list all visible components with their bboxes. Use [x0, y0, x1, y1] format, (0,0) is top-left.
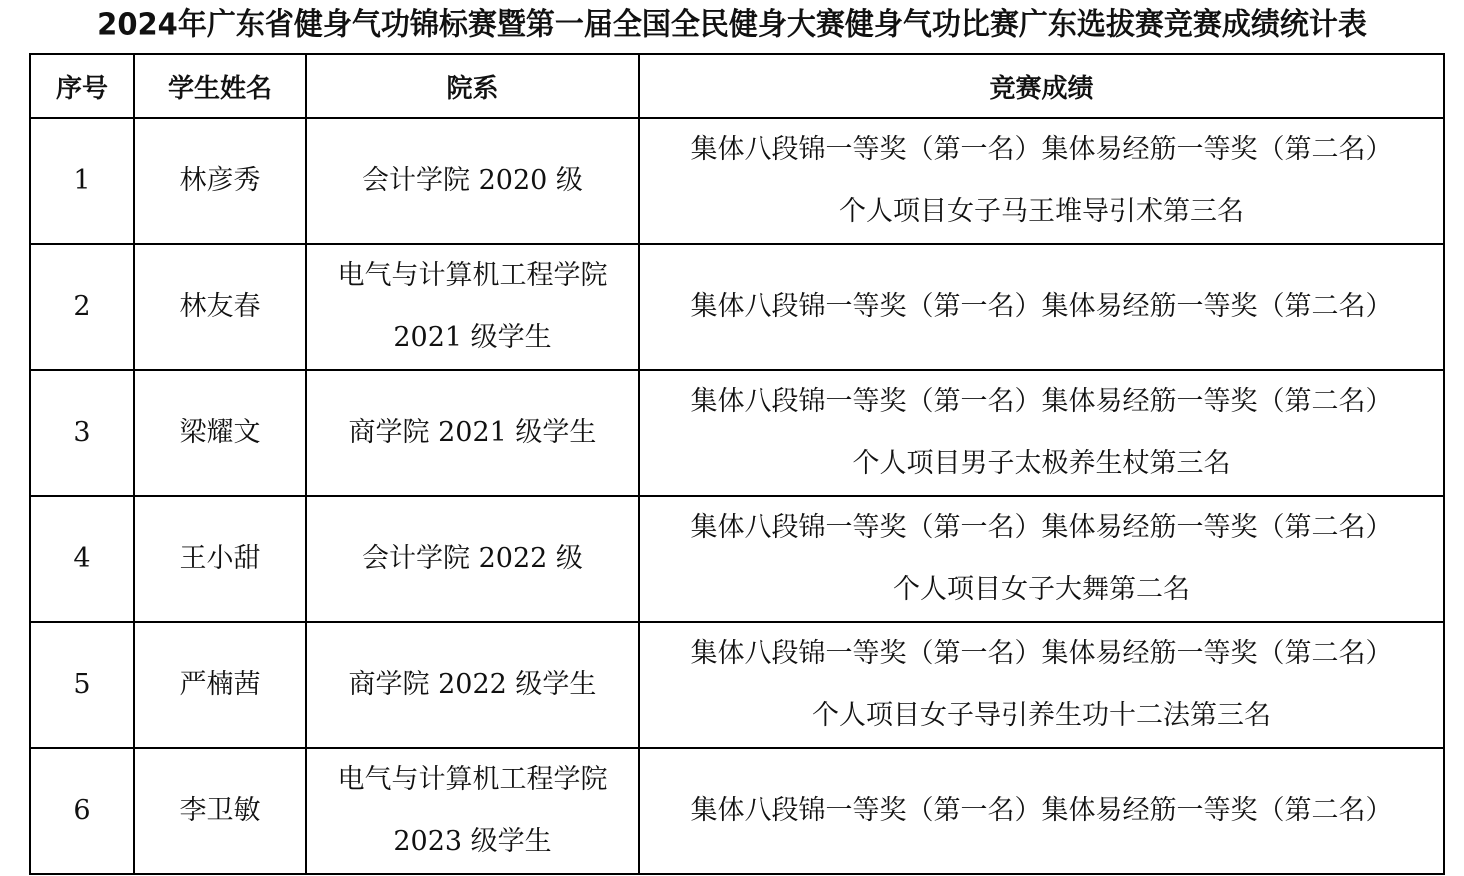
- department-line: 商学院 2021 级学生: [307, 402, 638, 464]
- header-results: 竞赛成绩: [639, 54, 1444, 118]
- cell-name: 王小甜: [134, 496, 306, 622]
- department-line: 会计学院 2022 级: [307, 528, 638, 590]
- cell-department: 商学院 2021 级学生: [306, 370, 639, 496]
- result-line: 集体八段锦一等奖（第一名）集体易经筋一等奖（第二名）: [640, 780, 1443, 842]
- department-line: 电气与计算机工程学院: [307, 749, 638, 811]
- result-line: 集体八段锦一等奖（第一名）集体易经筋一等奖（第二名）: [640, 119, 1443, 181]
- table-row: 1 林彦秀 会计学院 2020 级 集体八段锦一等奖（第一名）集体易经筋一等奖（…: [30, 118, 1444, 244]
- cell-results: 集体八段锦一等奖（第一名）集体易经筋一等奖（第二名） 个人项目女子马王堆导引术第…: [639, 118, 1444, 244]
- department-line: 2023 级学生: [307, 811, 638, 873]
- cell-name: 林友春: [134, 244, 306, 370]
- cell-index: 4: [30, 496, 134, 622]
- department-line: 商学院 2022 级学生: [307, 654, 638, 716]
- cell-name: 林彦秀: [134, 118, 306, 244]
- result-line: 集体八段锦一等奖（第一名）集体易经筋一等奖（第二名）: [640, 623, 1443, 685]
- cell-results: 集体八段锦一等奖（第一名）集体易经筋一等奖（第二名） 个人项目女子导引养生功十二…: [639, 622, 1444, 748]
- result-line: 个人项目男子太极养生杖第三名: [640, 433, 1443, 495]
- cell-results: 集体八段锦一等奖（第一名）集体易经筋一等奖（第二名）: [639, 748, 1444, 874]
- cell-index: 6: [30, 748, 134, 874]
- cell-name: 严楠茜: [134, 622, 306, 748]
- result-line: 个人项目女子导引养生功十二法第三名: [640, 685, 1443, 747]
- cell-index: 1: [30, 118, 134, 244]
- cell-department: 会计学院 2022 级: [306, 496, 639, 622]
- table-row: 5 严楠茜 商学院 2022 级学生 集体八段锦一等奖（第一名）集体易经筋一等奖…: [30, 622, 1444, 748]
- table-row: 3 梁耀文 商学院 2021 级学生 集体八段锦一等奖（第一名）集体易经筋一等奖…: [30, 370, 1444, 496]
- header-index: 序号: [30, 54, 134, 118]
- cell-index: 3: [30, 370, 134, 496]
- cell-name: 梁耀文: [134, 370, 306, 496]
- table-row: 4 王小甜 会计学院 2022 级 集体八段锦一等奖（第一名）集体易经筋一等奖（…: [30, 496, 1444, 622]
- result-line: 个人项目女子马王堆导引术第三名: [640, 181, 1443, 243]
- cell-index: 5: [30, 622, 134, 748]
- cell-index: 2: [30, 244, 134, 370]
- header-student-name: 学生姓名: [134, 54, 306, 118]
- cell-department: 商学院 2022 级学生: [306, 622, 639, 748]
- cell-name: 李卫敏: [134, 748, 306, 874]
- result-line: 集体八段锦一等奖（第一名）集体易经筋一等奖（第二名）: [640, 371, 1443, 433]
- header-department: 院系: [306, 54, 639, 118]
- result-line: 集体八段锦一等奖（第一名）集体易经筋一等奖（第二名）: [640, 276, 1443, 338]
- cell-results: 集体八段锦一等奖（第一名）集体易经筋一等奖（第二名）: [639, 244, 1444, 370]
- department-line: 会计学院 2020 级: [307, 150, 638, 212]
- cell-results: 集体八段锦一等奖（第一名）集体易经筋一等奖（第二名） 个人项目男子太极养生杖第三…: [639, 370, 1444, 496]
- department-line: 电气与计算机工程学院: [307, 245, 638, 307]
- table-row: 2 林友春 电气与计算机工程学院 2021 级学生 集体八段锦一等奖（第一名）集…: [30, 244, 1444, 370]
- result-line: 个人项目女子大舞第二名: [640, 559, 1443, 621]
- cell-department: 电气与计算机工程学院 2023 级学生: [306, 748, 639, 874]
- cell-results: 集体八段锦一等奖（第一名）集体易经筋一等奖（第二名） 个人项目女子大舞第二名: [639, 496, 1444, 622]
- table-header-row: 序号 学生姓名 院系 竞赛成绩: [30, 54, 1444, 118]
- document-title: 2024年广东省健身气功锦标赛暨第一届全国全民健身大赛健身气功比赛广东选拔赛竞赛…: [0, 1, 1464, 47]
- results-table: 序号 学生姓名 院系 竞赛成绩 1 林彦秀 会计学院 2020 级 集体八段锦一…: [29, 53, 1445, 875]
- cell-department: 会计学院 2020 级: [306, 118, 639, 244]
- cell-department: 电气与计算机工程学院 2021 级学生: [306, 244, 639, 370]
- department-line: 2021 级学生: [307, 307, 638, 369]
- table-row: 6 李卫敏 电气与计算机工程学院 2023 级学生 集体八段锦一等奖（第一名）集…: [30, 748, 1444, 874]
- result-line: 集体八段锦一等奖（第一名）集体易经筋一等奖（第二名）: [640, 497, 1443, 559]
